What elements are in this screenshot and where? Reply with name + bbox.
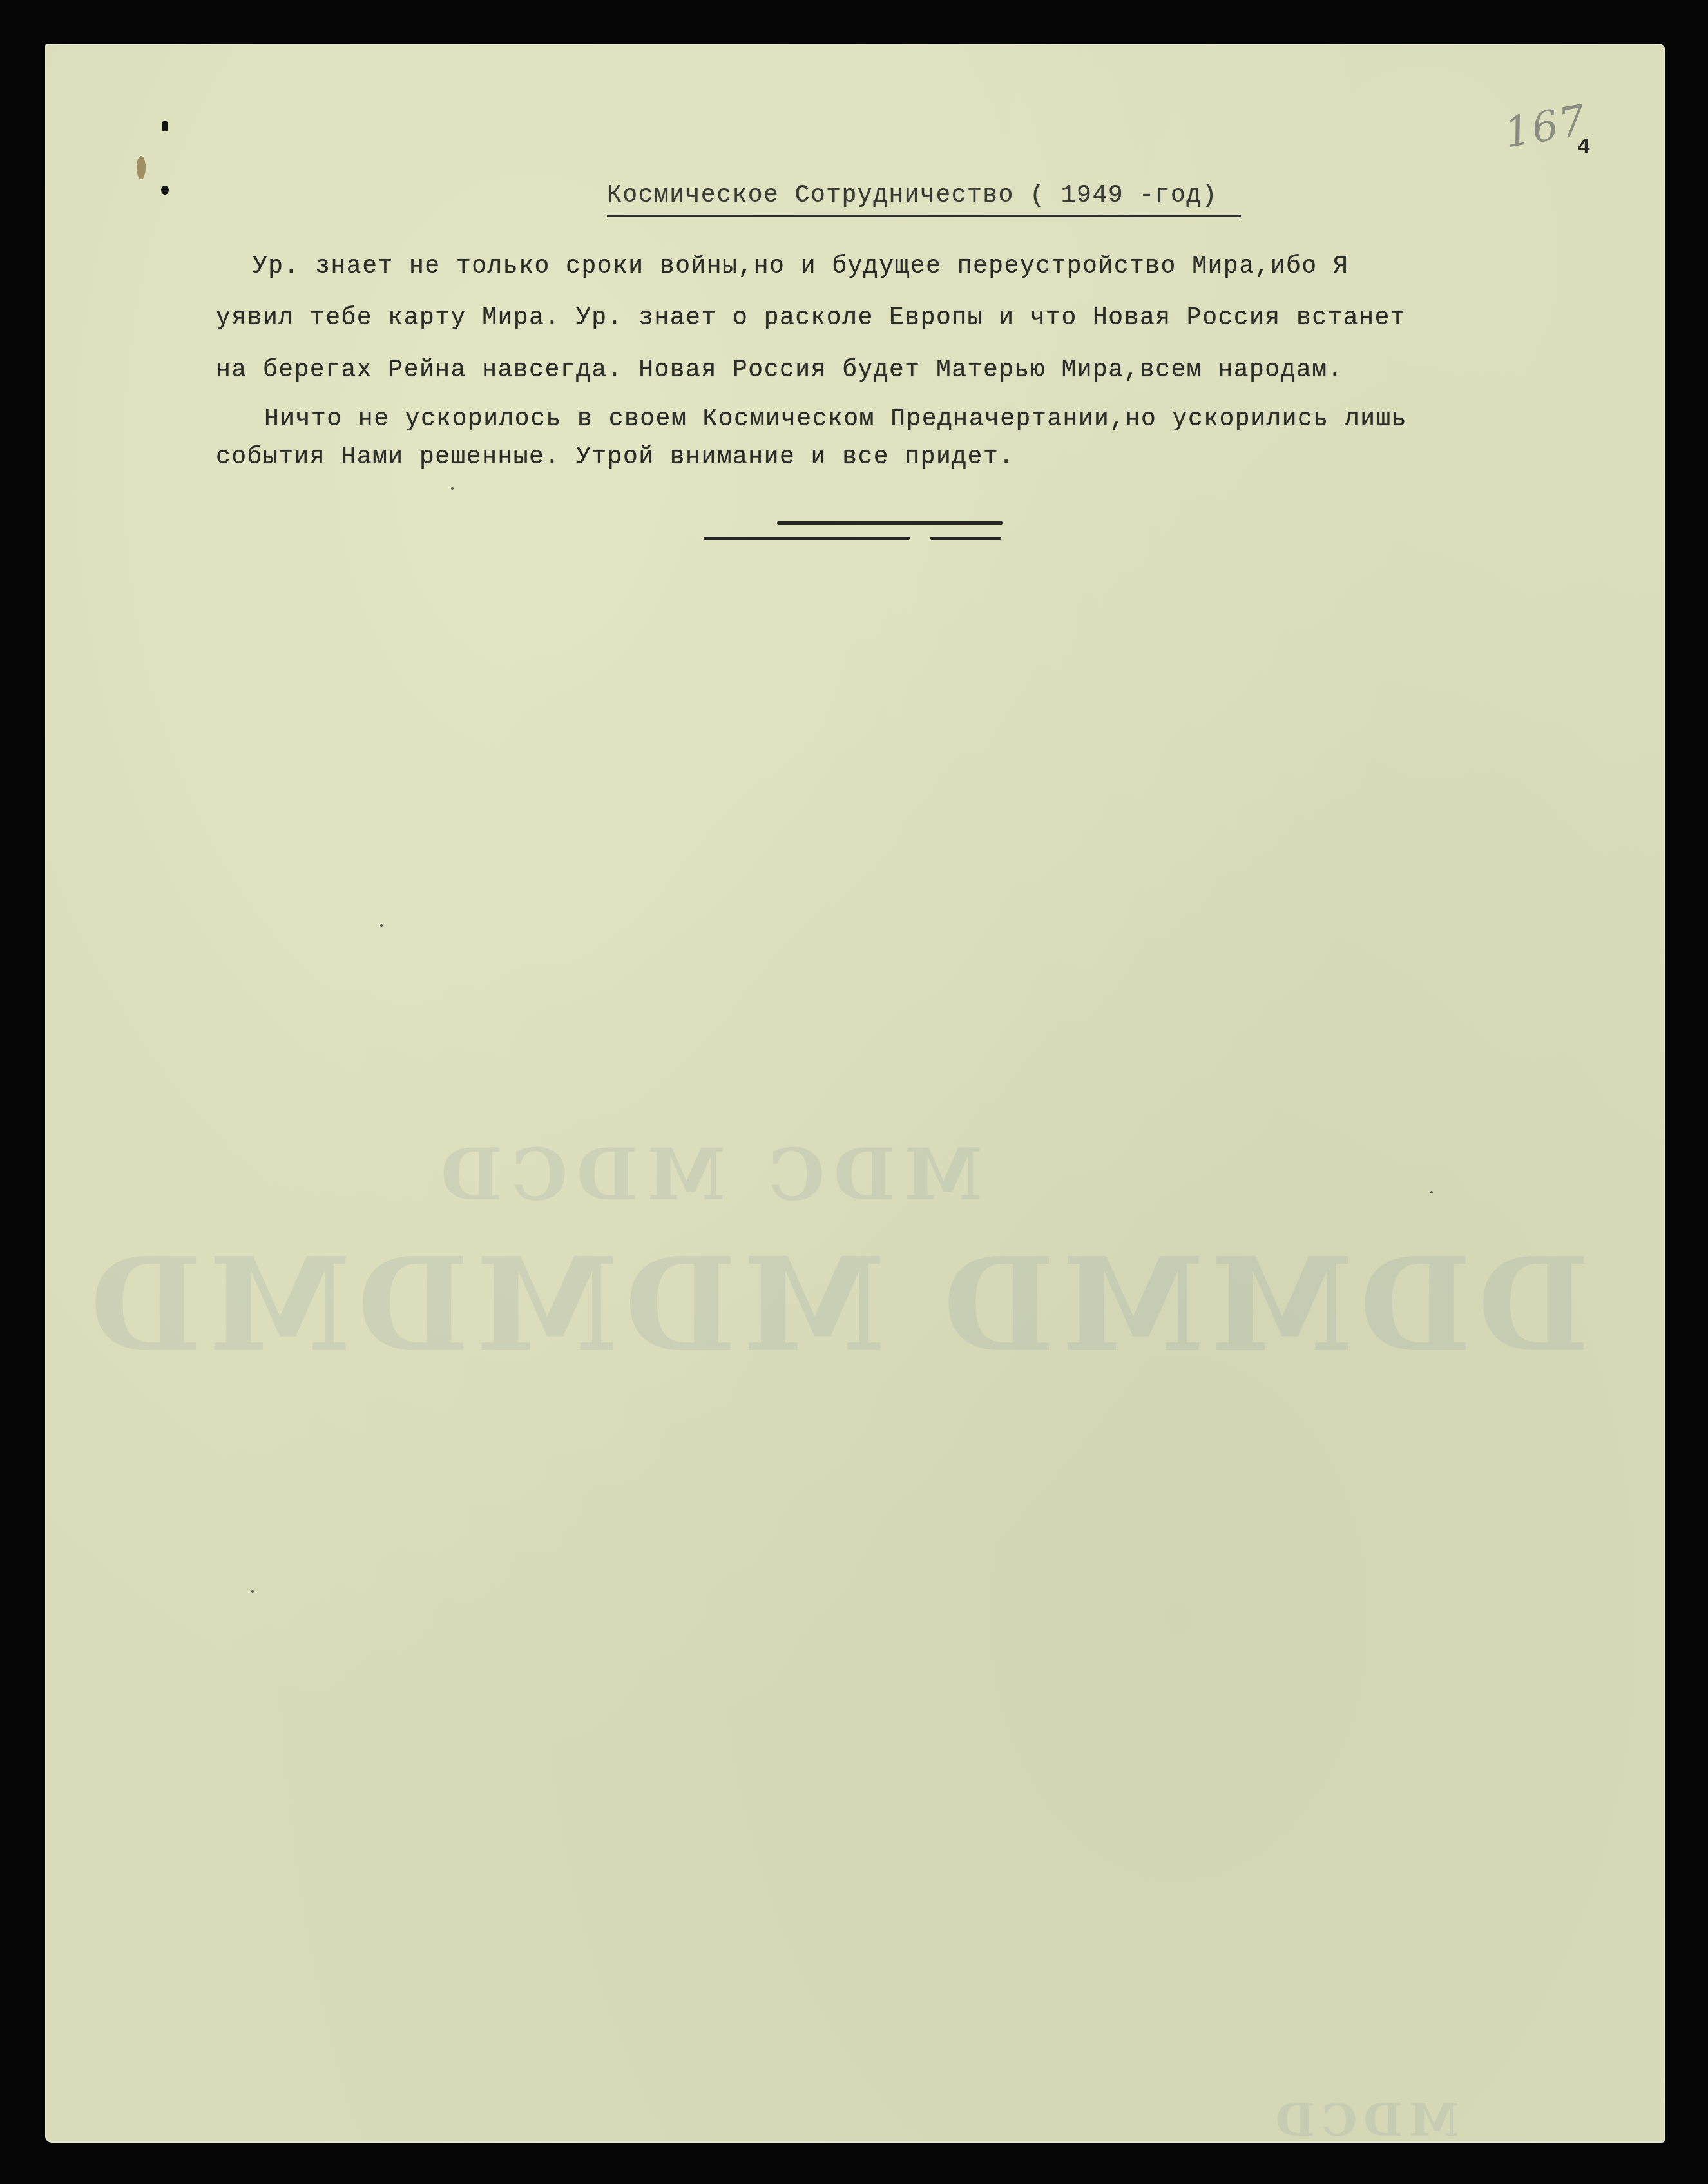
- end-separator-line: [777, 521, 1003, 525]
- paragraph-2-line-1: Ничто не ускорилось в своем Космическом …: [264, 405, 1407, 433]
- paper-stain: [137, 156, 146, 179]
- paragraph-1-line-1: Ур. знает не только сроки войны,но и буд…: [253, 253, 1348, 280]
- bleed-through-text: ⅯⅮⅭ ⅯⅮⅭⅮ: [432, 1133, 983, 1216]
- bleed-through-text: ⅯⅮⅭⅮ: [1269, 2093, 1459, 2147]
- paper-speck: [1430, 1191, 1433, 1193]
- paper-speck: [251, 1590, 254, 1593]
- end-separator-line: [930, 537, 1001, 540]
- binding-hole-mark: [162, 121, 168, 131]
- paper-speck: [451, 487, 454, 490]
- paper-speck: [380, 924, 383, 927]
- document-title: Космическое Сотрудничество ( 1949 -год): [607, 182, 1241, 217]
- document-page: ⅯⅮⅭ ⅯⅮⅭⅮ ⅮⅮⅯⅯⅮ ⅯⅮⅯⅮⅯⅮ ⅯⅮⅭⅮ 167 4 Космиче…: [45, 44, 1665, 2143]
- binding-hole-mark: [161, 186, 169, 195]
- end-separator-line: [704, 537, 910, 540]
- paragraph-2-line-2: события Нами решенные. Утрой внимание и …: [216, 443, 1015, 471]
- paragraph-1-line-3: на берегах Рейна навсегда. Новая Россия …: [216, 356, 1343, 384]
- page-number: 4: [1577, 135, 1590, 160]
- bleed-through-text: ⅮⅮⅯⅯⅮ ⅯⅮⅯⅮⅯⅮ: [84, 1230, 1589, 1381]
- paragraph-1-line-2: уявил тебе карту Мира. Ур. знает о раско…: [216, 304, 1406, 332]
